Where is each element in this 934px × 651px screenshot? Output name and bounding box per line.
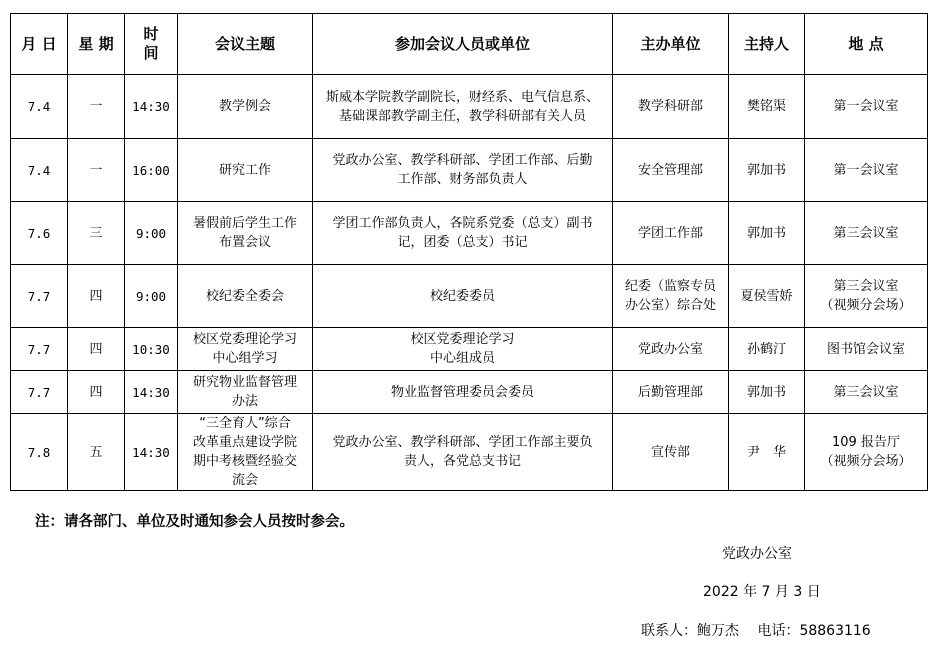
table-row: 7.7四14:30研究物业监督管理办法物业监督管理委员会委员后勤管理部郭加书第三… [11, 371, 928, 414]
cell-topic: 研究工作 [178, 139, 313, 202]
cell-attendees-line: 党政办公室、教学科研部、学团工作部主要负 [315, 433, 610, 452]
cell-weekday: 四 [68, 265, 125, 328]
cell-topic-line: 改革重点建设学院 [180, 433, 310, 452]
table-row: 7.7四10:30校区党委理论学习中心组学习校区党委理论学习中心组成员党政办公室… [11, 328, 928, 371]
cell-location-line: 第三会议室 [807, 224, 925, 243]
cell-attendees-line: 斯威本学院教学副院长，财经系、电气信息系、 [315, 88, 610, 107]
cell-topic: 校区党委理论学习中心组学习 [178, 328, 313, 371]
cell-attendees-line: 责人，各党总支书记 [315, 452, 610, 471]
cell-topic: “三全育人”综合改革重点建设学院期中考核暨经验交流会 [178, 414, 313, 491]
cell-location: 第三会议室 [805, 202, 928, 265]
cell-location: 第一会议室 [805, 75, 928, 139]
cell-host-unit-line: 党政办公室 [615, 340, 726, 359]
cell-date: 7.7 [11, 265, 68, 328]
contact-info: 联系人：鲍万杰 电话：58863116 [641, 620, 871, 640]
table-row: 7.7四9:00校纪委全委会校纪委委员纪委（监察专员办公室）综合处夏侯雪娇第三会… [11, 265, 928, 328]
cell-topic-line: 教学例会 [180, 97, 310, 116]
cell-attendees: 学团工作部负责人，各院系党委（总支）副书记，团委（总支）书记 [313, 202, 613, 265]
cell-chair: 夏侯雪娇 [729, 265, 805, 328]
header-attendees: 参加会议人员或单位 [313, 14, 613, 75]
cell-weekday: 一 [68, 139, 125, 202]
cell-host-unit: 教学科研部 [613, 75, 729, 139]
cell-topic-line: 暑假前后学生工作 [180, 214, 310, 233]
cell-topic-line: “三全育人”综合 [180, 414, 310, 433]
cell-time: 14:30 [125, 75, 178, 139]
cell-location-line: （视频分会场） [807, 452, 925, 471]
cell-attendees-line: 基础课部教学副主任，教学科研部有关人员 [315, 107, 610, 126]
issue-date: 2022 年 7 月 3 日 [703, 581, 821, 601]
cell-attendees-line: 校纪委委员 [315, 287, 610, 306]
cell-host-unit-line: 办公室）综合处 [615, 296, 726, 315]
cell-location-line: 图书馆会议室 [807, 340, 925, 359]
cell-topic: 教学例会 [178, 75, 313, 139]
cell-topic-line: 中心组学习 [180, 349, 310, 368]
header-chair: 主持人 [729, 14, 805, 75]
cell-host-unit-line: 安全管理部 [615, 161, 726, 180]
cell-topic-line: 研究物业监督管理 [180, 373, 310, 392]
cell-attendees: 物业监督管理委员会委员 [313, 371, 613, 414]
cell-location: 第一会议室 [805, 139, 928, 202]
cell-attendees-line: 记，团委（总支）书记 [315, 233, 610, 252]
cell-attendees-line: 党政办公室、教学科研部、学团工作部、后勤 [315, 151, 610, 170]
cell-topic-line: 研究工作 [180, 161, 310, 180]
cell-topic-line: 布置会议 [180, 233, 310, 252]
cell-location-line: 第一会议室 [807, 97, 925, 116]
cell-attendees-line: 中心组成员 [315, 349, 610, 368]
header-weekday: 星 期 [68, 14, 125, 75]
cell-time: 9:00 [125, 265, 178, 328]
cell-location: 图书馆会议室 [805, 328, 928, 371]
table-header-row: 月 日 星 期 时间 会议主题 参加会议人员或单位 主办单位 主持人 地 点 [11, 14, 928, 75]
cell-attendees: 党政办公室、教学科研部、学团工作部、后勤工作部、财务部负责人 [313, 139, 613, 202]
cell-topic-line: 校纪委全委会 [180, 287, 310, 306]
cell-topic-line: 办法 [180, 392, 310, 411]
cell-attendees: 校区党委理论学习中心组成员 [313, 328, 613, 371]
cell-location-line: 第一会议室 [807, 161, 925, 180]
header-topic: 会议主题 [178, 14, 313, 75]
header-location: 地 点 [805, 14, 928, 75]
cell-attendees-line: 校区党委理论学习 [315, 330, 610, 349]
cell-topic: 暑假前后学生工作布置会议 [178, 202, 313, 265]
cell-topic: 研究物业监督管理办法 [178, 371, 313, 414]
cell-date: 7.6 [11, 202, 68, 265]
cell-location: 第三会议室 [805, 371, 928, 414]
cell-topic-line: 期中考核暨经验交 [180, 452, 310, 471]
cell-host-unit: 纪委（监察专员办公室）综合处 [613, 265, 729, 328]
cell-chair: 郭加书 [729, 371, 805, 414]
cell-location-line: 第三会议室 [807, 277, 925, 296]
cell-attendees: 斯威本学院教学副院长，财经系、电气信息系、基础课部教学副主任，教学科研部有关人员 [313, 75, 613, 139]
cell-weekday: 五 [68, 414, 125, 491]
cell-time: 10:30 [125, 328, 178, 371]
cell-host-unit: 宣传部 [613, 414, 729, 491]
cell-host-unit-line: 教学科研部 [615, 97, 726, 116]
cell-host-unit: 后勤管理部 [613, 371, 729, 414]
cell-date: 7.4 [11, 75, 68, 139]
header-host-unit: 主办单位 [613, 14, 729, 75]
cell-date: 7.7 [11, 328, 68, 371]
cell-time: 14:30 [125, 371, 178, 414]
cell-host-unit-line: 学团工作部 [615, 224, 726, 243]
cell-host-unit-line: 后勤管理部 [615, 383, 726, 402]
cell-weekday: 一 [68, 75, 125, 139]
header-time: 时间 [125, 14, 178, 75]
cell-host-unit-line: 宣传部 [615, 443, 726, 462]
cell-location-line: （视频分会场） [807, 296, 925, 315]
cell-weekday: 四 [68, 371, 125, 414]
cell-attendees: 校纪委委员 [313, 265, 613, 328]
cell-attendees-line: 工作部、财务部负责人 [315, 170, 610, 189]
table-row: 7.4一14:30教学例会斯威本学院教学副院长，财经系、电气信息系、基础课部教学… [11, 75, 928, 139]
cell-time: 14:30 [125, 414, 178, 491]
cell-location: 109 报告厅（视频分会场） [805, 414, 928, 491]
cell-attendees: 党政办公室、教学科研部、学团工作部主要负责人，各党总支书记 [313, 414, 613, 491]
table-row: 7.8五14:30“三全育人”综合改革重点建设学院期中考核暨经验交流会党政办公室… [11, 414, 928, 491]
cell-topic-line: 流会 [180, 471, 310, 490]
meeting-schedule-table: 月 日 星 期 时间 会议主题 参加会议人员或单位 主办单位 主持人 地 点 7… [10, 13, 928, 491]
cell-location-line: 109 报告厅 [807, 433, 925, 452]
cell-host-unit: 安全管理部 [613, 139, 729, 202]
cell-topic: 校纪委全委会 [178, 265, 313, 328]
cell-chair: 樊铭渠 [729, 75, 805, 139]
footer-note: 注：请各部门、单位及时通知参会人员按时参会。 [35, 510, 354, 531]
cell-date: 7.7 [11, 371, 68, 414]
cell-date: 7.8 [11, 414, 68, 491]
cell-host-unit: 党政办公室 [613, 328, 729, 371]
cell-host-unit: 学团工作部 [613, 202, 729, 265]
cell-chair: 郭加书 [729, 139, 805, 202]
table-row: 7.6三9:00暑假前后学生工作布置会议学团工作部负责人，各院系党委（总支）副书… [11, 202, 928, 265]
cell-attendees-line: 物业监督管理委员会委员 [315, 383, 610, 402]
cell-topic-line: 校区党委理论学习 [180, 330, 310, 349]
cell-weekday: 四 [68, 328, 125, 371]
cell-location: 第三会议室（视频分会场） [805, 265, 928, 328]
cell-time: 16:00 [125, 139, 178, 202]
header-date: 月 日 [11, 14, 68, 75]
cell-chair: 郭加书 [729, 202, 805, 265]
cell-chair: 孙鹤汀 [729, 328, 805, 371]
cell-time: 9:00 [125, 202, 178, 265]
cell-host-unit-line: 纪委（监察专员 [615, 277, 726, 296]
cell-location-line: 第三会议室 [807, 383, 925, 402]
cell-chair: 尹 华 [729, 414, 805, 491]
table-row: 7.4一16:00研究工作党政办公室、教学科研部、学团工作部、后勤工作部、财务部… [11, 139, 928, 202]
cell-date: 7.4 [11, 139, 68, 202]
issuing-office: 党政办公室 [722, 543, 792, 563]
cell-weekday: 三 [68, 202, 125, 265]
cell-attendees-line: 学团工作部负责人，各院系党委（总支）副书 [315, 214, 610, 233]
